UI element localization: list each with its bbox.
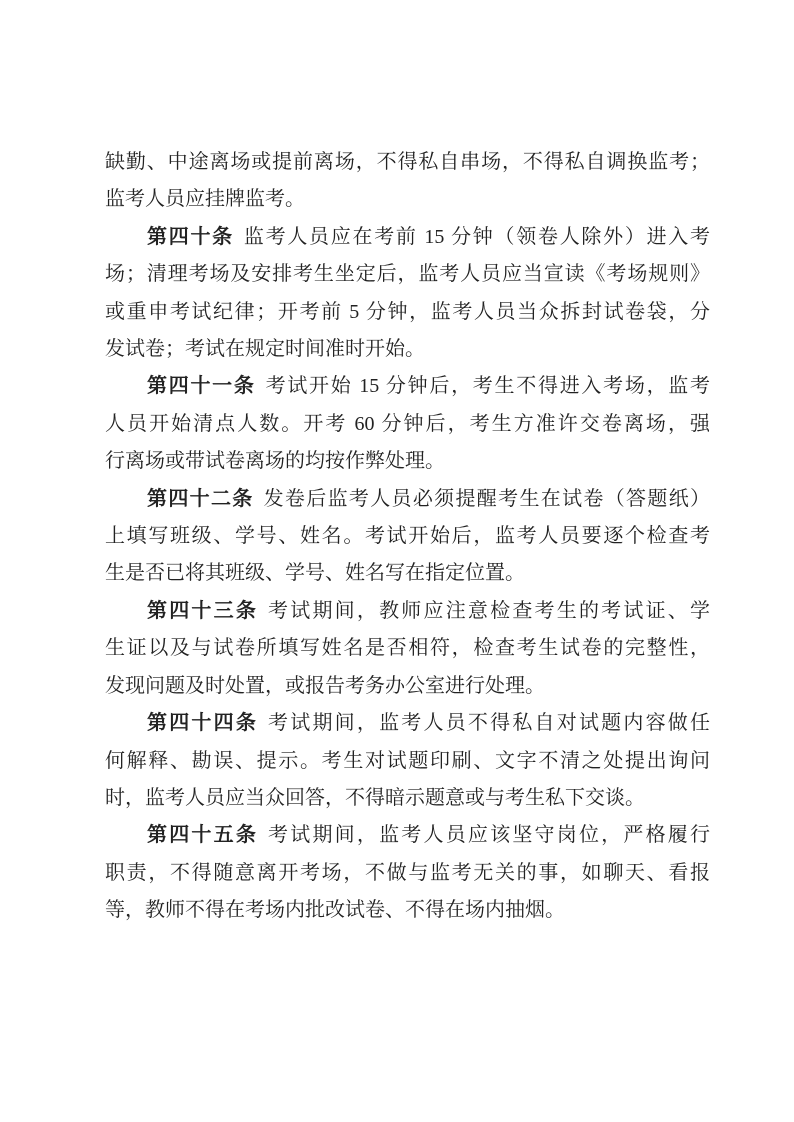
paragraph: 缺勤、中途离场或提前离场，不得私自串场，不得私自调换监考；监考人员应挂牌监考。 — [105, 144, 710, 219]
article-number: 第四十二条 — [147, 488, 254, 510]
paragraph: 第四十四条考试期间，监考人员不得私自对试题内容做任何解释、勘误、提示。考生对试题… — [105, 705, 710, 817]
text-line: 时，监考人员应当众回答，不得暗示题意或与考生私下交谈。 — [105, 780, 710, 817]
text-line: 第四十一条考试开始 15 分钟后，考生不得进入考场，监考 — [105, 368, 710, 405]
paragraph: 第四十五条考试期间，监考人员应该坚守岗位，严格履行职责，不得随意离开考场，不做与… — [105, 817, 710, 929]
text-line: 行离场或带试卷离场的均按作弊处理。 — [105, 443, 710, 480]
paragraph: 第四十二条发卷后监考人员必须提醒考生在试卷（答题纸）上填写班级、学号、姓名。考试… — [105, 481, 710, 593]
text-line: 第四十二条发卷后监考人员必须提醒考生在试卷（答题纸） — [105, 481, 710, 518]
text-line: 职责，不得随意离开考场，不做与监考无关的事，如聊天、看报 — [105, 855, 710, 892]
article-number: 第四十条 — [147, 226, 234, 248]
article-number: 第四十四条 — [147, 712, 258, 734]
text-line: 上填写班级、学号、姓名。考试开始后，监考人员要逐个检查考 — [105, 518, 710, 555]
document-page: 缺勤、中途离场或提前离场，不得私自串场，不得私自调换监考；监考人员应挂牌监考。第… — [0, 0, 794, 1122]
text-line: 人员开始清点人数。开考 60 分钟后，考生方准许交卷离场，强 — [105, 406, 710, 443]
text-line: 等，教师不得在考场内批改试卷、不得在场内抽烟。 — [105, 892, 710, 929]
article-number: 第四十三条 — [147, 600, 258, 622]
article-number: 第四十一条 — [147, 375, 256, 397]
text-line: 何解释、勘误、提示。考生对试题印刷、文字不清之处提出询问 — [105, 743, 710, 780]
text-line: 第四十四条考试期间，监考人员不得私自对试题内容做任 — [105, 705, 710, 742]
text-line: 发现问题及时处置，或报告考务办公室进行处理。 — [105, 668, 710, 705]
paragraph: 第四十一条考试开始 15 分钟后，考生不得进入考场，监考人员开始清点人数。开考 … — [105, 368, 710, 480]
text-line: 或重申考试纪律；开考前 5 分钟，监考人员当众拆封试卷袋，分 — [105, 294, 710, 331]
text-line: 缺勤、中途离场或提前离场，不得私自串场，不得私自调换监考； — [105, 144, 710, 181]
document-body: 缺勤、中途离场或提前离场，不得私自串场，不得私自调换监考；监考人员应挂牌监考。第… — [105, 144, 710, 930]
text-line: 第四十条监考人员应在考前 15 分钟（领卷人除外）进入考 — [105, 219, 710, 256]
paragraph: 第四十三条考试期间，教师应注意检查考生的考试证、学生证以及与试卷所填写姓名是否相… — [105, 593, 710, 705]
paragraph: 第四十条监考人员应在考前 15 分钟（领卷人除外）进入考场；清理考场及安排考生坐… — [105, 219, 710, 369]
text-line: 生是否已将其班级、学号、姓名写在指定位置。 — [105, 555, 710, 592]
article-number: 第四十五条 — [147, 824, 258, 846]
text-line: 场；清理考场及安排考生坐定后，监考人员应当宣读《考场规则》 — [105, 256, 710, 293]
text-line: 生证以及与试卷所填写姓名是否相符，检查考生试卷的完整性， — [105, 630, 710, 667]
text-line: 第四十三条考试期间，教师应注意检查考生的考试证、学 — [105, 593, 710, 630]
text-line: 发试卷；考试在规定时间准时开始。 — [105, 331, 710, 368]
text-line: 监考人员应挂牌监考。 — [105, 181, 710, 218]
text-line: 第四十五条考试期间，监考人员应该坚守岗位，严格履行 — [105, 817, 710, 854]
